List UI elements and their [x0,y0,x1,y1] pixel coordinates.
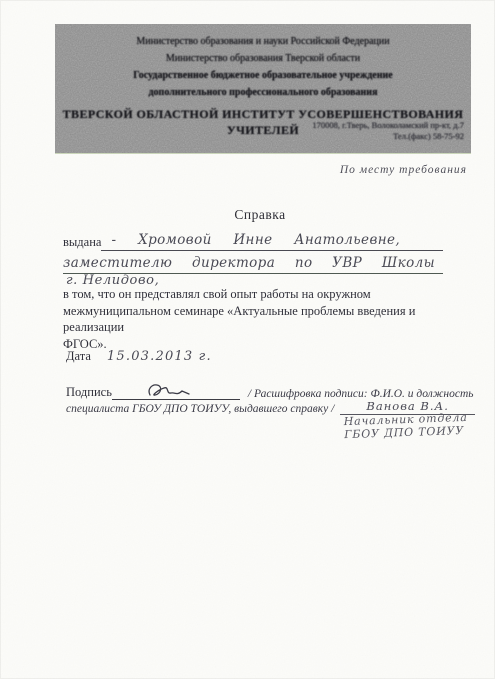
body-line-2: межмуниципальном семинаре «Актуальные пр… [63,303,463,336]
letterhead-address-phone: Тел.(факс) 58-75-92 [312,131,464,142]
letterhead-address-street: 170008, г.Тверь, Волоколамский пр-кт, д.… [312,120,464,131]
handwritten-signatory-org: ГБОУ ДПО ТОИУУ [344,424,468,441]
handwritten-signatory-block: Начальник отдела ГБОУ ДПО ТОИУУ [344,412,469,441]
recipient-note: По месту требования [340,164,467,176]
letterhead-text: Министерство образования и науки Российс… [55,24,471,153]
date-row: Дата 15.03.2013 г. [66,349,212,364]
handwritten-position: заместителю директора по УВР Школы №5 [63,255,443,271]
handwritten-recipient-name: - Хромовой Инне Анатольевне, [111,232,400,248]
date-label: Дата [66,349,91,364]
letterhead-education-type: дополнительного профессионального образо… [55,84,471,101]
signature-scribble [144,381,196,401]
issued-label: выдана [63,235,101,251]
position-row: заместителю директора по УВР Школы №5 [63,254,443,274]
specialist-line: специалиста ГБОУ ДПО ТОИУУ, выдавшего сп… [66,403,334,415]
handwritten-date: 15.03.2013 г. [107,349,212,364]
signature-line [112,381,240,400]
body-line-1: в том, что он представлял свой опыт рабо… [63,286,463,303]
signature-label: Подпись [66,385,112,400]
issued-name-line: - Хромовой Инне Анатольевне, [101,231,443,251]
document-title: Справка [60,207,460,223]
letterhead-institution-type: Государственное бюджетное образовательно… [55,67,471,84]
letterhead-address: 170008, г.Тверь, Волоколамский пр-кт, д.… [312,120,464,141]
letterhead-ministry-federal: Министерство образования и науки Российс… [55,24,471,50]
issued-to-row: выдана - Хромовой Инне Анатольевне, [63,231,443,251]
letterhead-block: Министерство образования и науки Российс… [55,24,471,153]
scanned-certificate-page: Министерство образования и науки Российс… [0,0,495,679]
body-paragraph: в том, что он представлял свой опыт рабо… [63,286,463,352]
signature-row: Подпись / Расшифровка подписи: Ф.И.О. и … [66,381,475,400]
letterhead-ministry-regional: Министерство образования Тверской област… [55,50,471,67]
